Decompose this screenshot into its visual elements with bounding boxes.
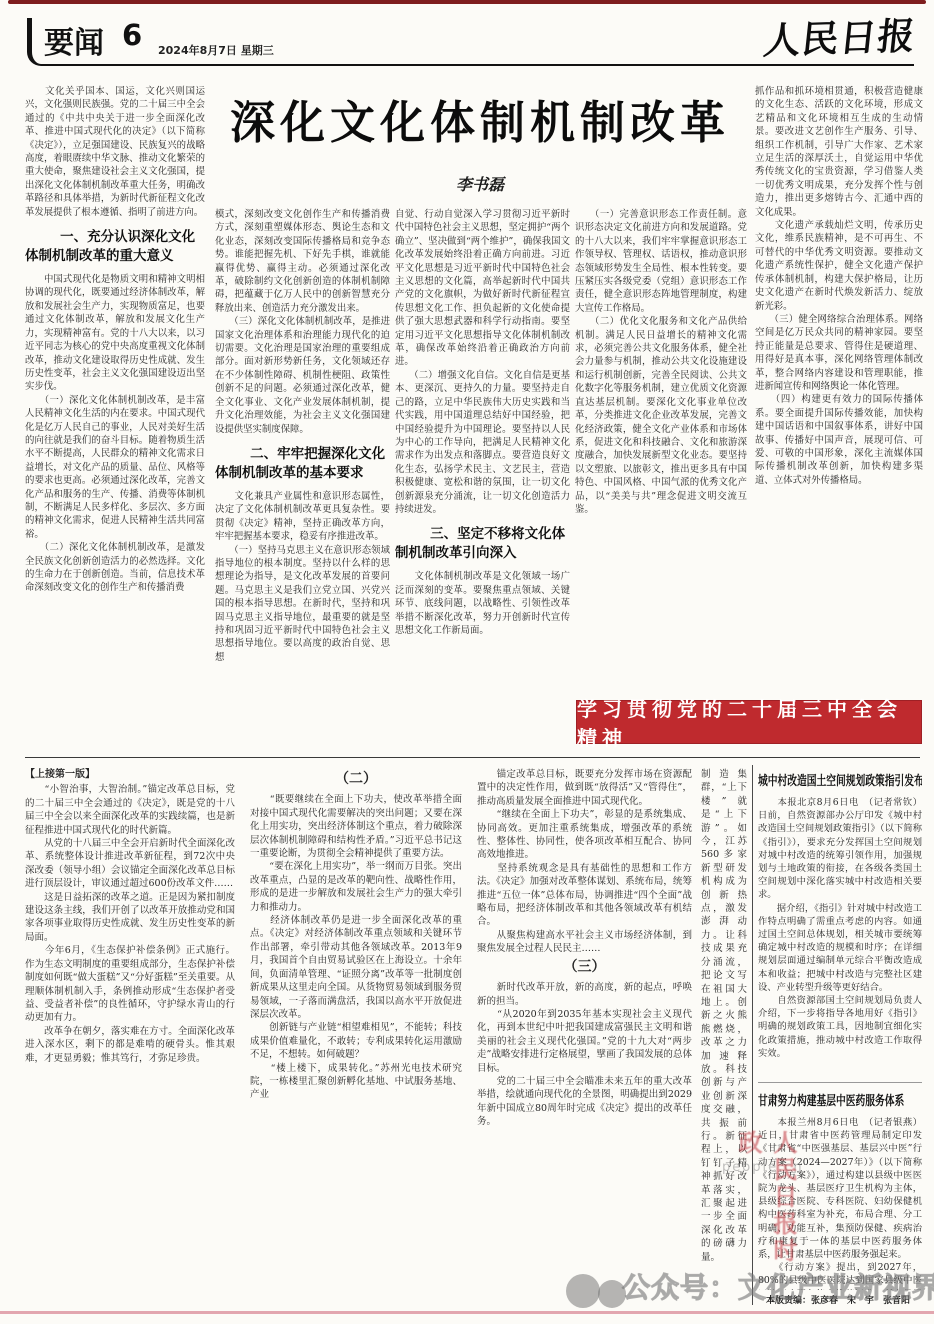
article-column-4: （一）完善意识形态工作责任制。意识形态决定文化前进方向和发展道路。党的十八大以来… <box>575 208 747 695</box>
continuation-column-3: 锚定改革总目标，既要充分发挥市场在资源配置中的决定性作用，做到既“放得活”又“管… <box>477 768 692 1305</box>
continuation-column-1: 【上接第一版】 “小智治事，大智治制。”锚定改革总目标，党的二十届三中全会通过的… <box>25 768 235 1305</box>
side-article-1-body: 本报北京8月6日电 （记者常钦）日前，自然资源部办公厅印发《城中村改造国土空间规… <box>758 796 922 1060</box>
column-3-top: 自觉、行动自觉深入学习贯彻习近平新时代中国特色社会主义思想，坚定拥护“两个确立”… <box>395 208 570 516</box>
side-article-2-title: 甘肃努力构建基层中医药服务体系 <box>758 1090 881 1109</box>
author-name: 李书磊 <box>213 172 747 195</box>
newspaper-page: 要闻 6 2024年8月7日 星期三 人民日报 深化文化体制机制改革 李书磊 文… <box>0 0 934 1324</box>
column-2-body: 文化兼具产业属性和意识形态属性，决定了文化体制机制改革更具复杂性。要贯彻《决定》… <box>215 490 390 664</box>
wechat-account-watermark: 公众号：文化产业新视界 <box>622 1266 934 1306</box>
column-1-body: 中国式现代化是物质文明和精神文明相协调的现代化，既要通过经济体制改革，解放和发展… <box>25 273 205 595</box>
subsection-heading-3: （三） <box>477 961 692 974</box>
column-2-top: 模式，深刻改变文化创作生产和传播消费方式，深刻重塑媒体形态、舆论生态和文化业态，… <box>215 208 390 436</box>
section-divider-rule <box>25 757 920 758</box>
column-3-body: 文化体制机制改革是文化领域一场广泛而深刻的变革。要聚焦重点领域、关键环节、底线问… <box>395 570 570 637</box>
continuation-col2-body: “既要继续在全面上下功夫，使改革举措全面对接中国式现代化需要解决的突出问题；又要… <box>250 793 462 1101</box>
column-5-body: 抓作品和抓环境相贯通，积极营造健康的文化生态、活跃的文化环境，形成文艺精品和文化… <box>755 85 923 487</box>
continuation-column-2: （二） “既要继续在全面上下功夫，使改革举措全面对接中国式现代化需要解决的突出问… <box>250 768 462 1305</box>
study-banner: 学习贯彻党的二十届三中全会精神 <box>576 700 922 744</box>
intro-paragraph: 文化关乎国本、国运，文化兴则国运兴，文化强则民族强。党的二十届三中全会通过的《中… <box>25 85 205 219</box>
continuation-col3-top: 锚定改革总目标，既要充分发挥市场在资源配置中的决定性作用，做到既“放得活”又“管… <box>477 768 692 956</box>
section-heading-3: 三、坚定不移将文化体制机制改革引向深入 <box>395 525 570 563</box>
column-4-body: （一）完善意识形态工作责任制。意识形态决定文化前进方向和发展道路。党的十八大以来… <box>575 208 747 516</box>
section-heading-1: 一、充分认识深化文化体制机制改革的重大意义 <box>25 228 205 266</box>
wechat-logo-circle-icon <box>566 1274 600 1308</box>
side-article-planning: 城中村改造国土空间规划政策指引发布 本报北京8月6日电 （记者常钦）日前，自然资… <box>758 768 922 1080</box>
continuation-col1-body: “小智治事，大智治制。”锚定改革总目标，党的二十届三中全会通过的《决定》，既是党… <box>25 783 235 1065</box>
article-column-5: 抓作品和抓环境相贯通，积极营造健康的文化生态、活跃的文化环境，形成文艺精品和文化… <box>755 85 923 695</box>
section-name: 要闻 <box>44 18 104 62</box>
issue-date: 2024年8月7日 星期三 <box>158 42 274 58</box>
continuation-col3-bottom: 新时代改革开放，新的高度，新的起点，呼唤新的担当。 “从2020年到2035年基… <box>477 981 692 1128</box>
page-number: 6 <box>122 18 142 52</box>
section-heading-2: 二、牢牢把握深化文化体制机制改革的基本要求 <box>215 445 390 483</box>
newspaper-brand-logo: 人民日报 <box>761 5 919 65</box>
article-column-2: 模式，深刻改变文化创作生产和传播消费方式，深刻重塑媒体形态、舆论生态和文化业态，… <box>215 208 390 753</box>
side-article-1-title: 城中村改造国土空间规划政策指引发布 <box>758 770 881 789</box>
page-bottom-border <box>0 1311 934 1314</box>
main-headline: 深化文化体制机制改革 <box>213 86 747 151</box>
side-article-divider <box>758 1082 922 1083</box>
jump-line-label: 【上接第一版】 <box>25 768 235 781</box>
article-column-1: 文化关乎国本、国运，文化兴则国运兴，文化强则民族强。党的二十届三中全会通过的《中… <box>25 85 205 753</box>
page-top-border <box>8 0 926 4</box>
article-column-3: 自觉、行动自觉深入学习贯彻习近平新时代中国特色社会主义思想，坚定拥护“两个确立”… <box>395 208 570 753</box>
subsection-heading-2: （二） <box>250 773 462 786</box>
